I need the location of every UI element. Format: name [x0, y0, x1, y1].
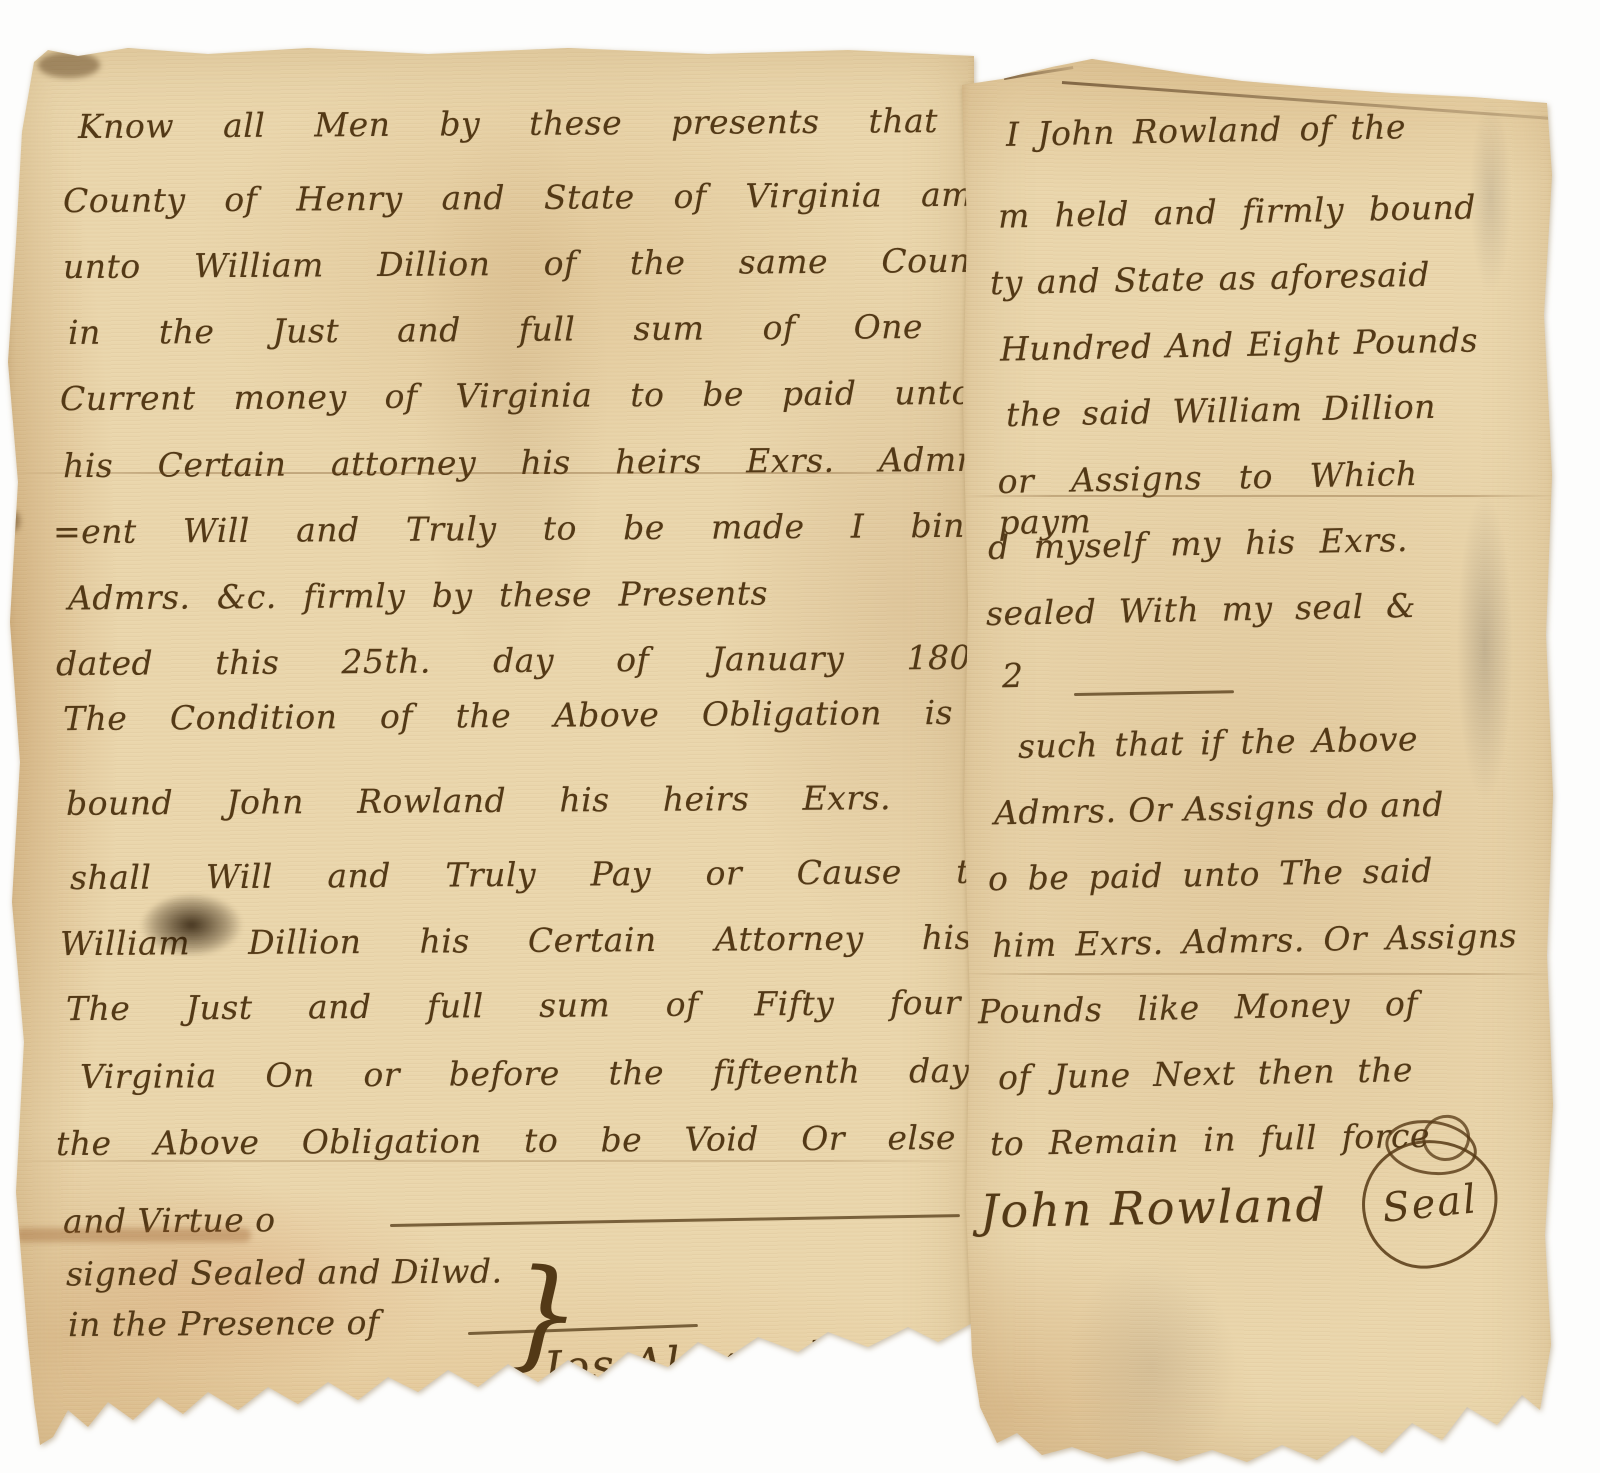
- closing-brace: }: [503, 1254, 584, 1377]
- handwritten-line: him Exrs. Admrs. Or Assigns: [992, 915, 1518, 966]
- scanned-document: Know all Men by these presents that Coun…: [0, 0, 1600, 1473]
- stain-streak: [16, 1228, 251, 1242]
- ink-smudge: [38, 52, 100, 78]
- fold-crease: [8, 1160, 976, 1162]
- signature-john-rowland: John Rowland: [979, 1177, 1327, 1241]
- handwritten-line: shall Will and Truly Pay or Cause t: [70, 851, 970, 899]
- right-page-wrap: I John Rowland of the m held and firmly …: [962, 55, 1556, 1465]
- handwritten-line: such that if the Above: [1018, 718, 1419, 767]
- handwritten-line: Pounds like Money of: [978, 983, 1419, 1033]
- signature-jos-alexander: Jos Alexander: [542, 1329, 877, 1396]
- handwritten-line: of June Next then the: [998, 1049, 1414, 1098]
- right-page: I John Rowland of the m held and firmly …: [962, 55, 1556, 1465]
- handwritten-line: Admrs. Or Assigns do and: [994, 784, 1445, 834]
- fold-crease: [962, 495, 1556, 497]
- handwritten-line: to Remain in full force: [990, 1115, 1431, 1165]
- handwritten-line: d myself my his Exrs.: [988, 519, 1409, 568]
- left-page-wrap: Know all Men by these presents that Coun…: [8, 42, 976, 1450]
- handwritten-line: Current money of Virginia to be paid unt…: [60, 372, 972, 420]
- ink-smudge: [4, 510, 20, 532]
- handwritten-line: Admrs. &c. firmly by these Presents: [68, 573, 768, 619]
- torn-edge-line: [1004, 66, 1074, 80]
- handwritten-line: unto William Dillion of the same Coun: [63, 240, 971, 288]
- signature-john-salmon: John Salmon Junr: [562, 1386, 914, 1444]
- handwritten-line: signed Sealed and Dilwd.: [66, 1250, 503, 1294]
- handwritten-line: Virginia On or before the fifteenth day: [80, 1050, 970, 1097]
- handwritten-line: I John Rowland of the: [1006, 106, 1407, 155]
- handwritten-line: The Just and full sum of Fifty four: [66, 982, 961, 1029]
- handwritten-line: Hundred And Eight Pounds: [1000, 319, 1479, 369]
- handwritten-line: in the Presence of: [68, 1302, 380, 1345]
- handwritten-line: in the Just and full sum of One: [68, 306, 923, 353]
- fold-crease: [962, 973, 1556, 975]
- ink-dash: [390, 1214, 960, 1227]
- handwritten-line: o be paid unto The said: [988, 850, 1434, 900]
- handwritten-line: The Condition of the Above Obligation is: [63, 692, 953, 739]
- ink-dash: [1074, 690, 1234, 696]
- handwritten-line: Know all Men by these presents that: [78, 100, 938, 147]
- handwritten-line: County of Henry and State of Virginia am: [63, 174, 973, 222]
- handwritten-line: 2: [1002, 655, 1024, 697]
- left-page: Know all Men by these presents that Coun…: [8, 42, 976, 1450]
- handwritten-line: the said William Dillion: [1006, 386, 1437, 435]
- handwritten-line: ty and State as aforesaid: [990, 254, 1431, 304]
- handwritten-line: m held and firmly bound: [998, 186, 1477, 236]
- handwritten-line: bound John Rowland his heirs Exrs.: [66, 777, 891, 824]
- handwritten-line: his Certain attorney his heirs Exrs. Adm…: [63, 439, 973, 487]
- handwritten-line: sealed With my seal &: [986, 585, 1417, 634]
- seal-label: Seal: [1380, 1179, 1479, 1229]
- handwritten-line: the Above Obligation to be Void Or else: [56, 1117, 956, 1165]
- fold-crease: [8, 472, 976, 474]
- ink-dash: [468, 1324, 698, 1335]
- handwritten-line: dated this 25th. day of January 180: [56, 637, 971, 685]
- handwritten-line: =ent Will and Truly to be made I bin: [53, 505, 965, 553]
